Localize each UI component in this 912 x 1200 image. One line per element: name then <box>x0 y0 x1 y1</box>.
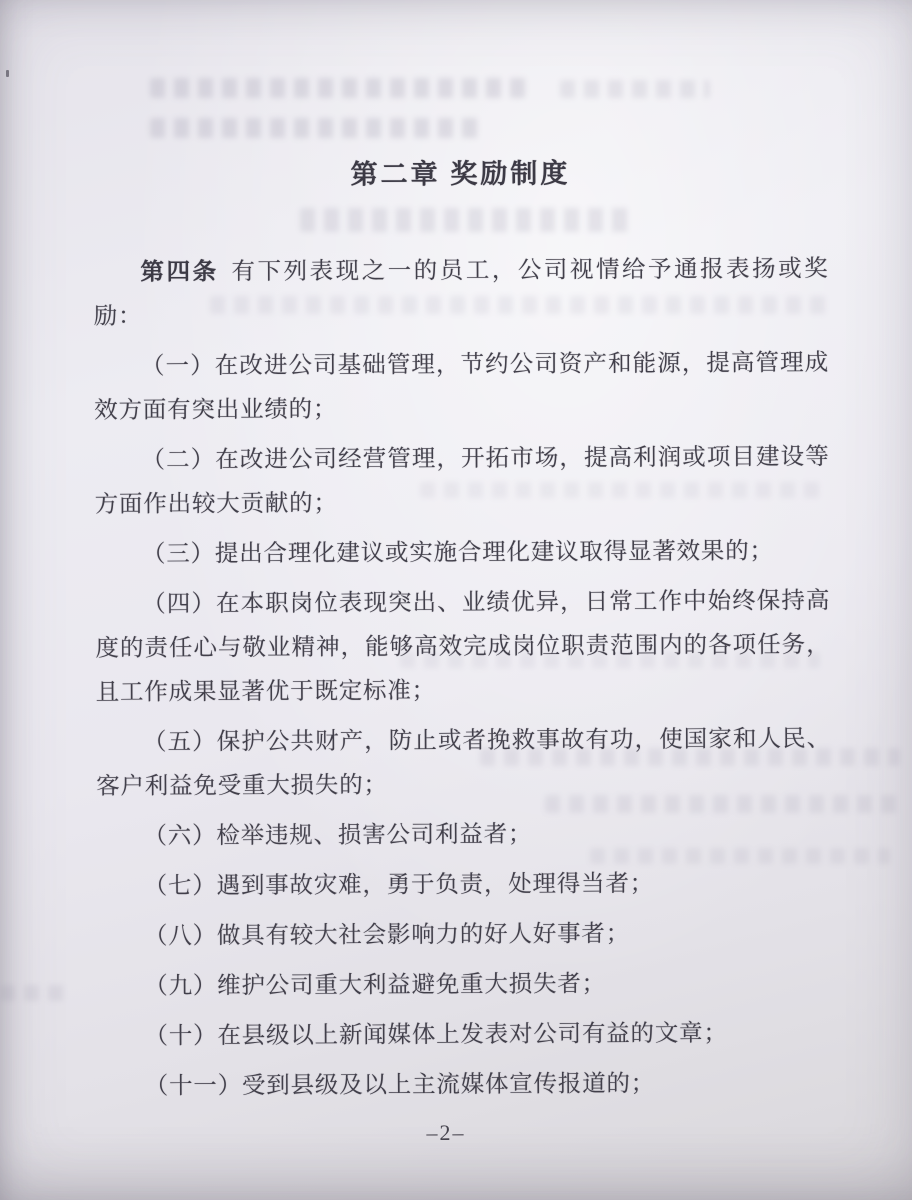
clause-item: （七）遇到事故灾难，勇于负责，处理得当者； <box>97 861 832 909</box>
document-body: 第二章 奖励制度 第四条有下列表现之一的员工，公司视情给予通报表扬或奖励： （一… <box>0 0 912 1115</box>
article-intro: 第四条有下列表现之一的员工，公司视情给予通报表扬或奖励： <box>93 247 828 339</box>
clause-item: （十一）受到县级及以上主流媒体宣传报道的； <box>98 1061 833 1109</box>
clause-item: （二）在改进公司经营管理，开拓市场，提高利润或项目建设等方面作出较大贡献的； <box>94 435 829 527</box>
clause-item: （八）做具有较大社会影响力的好人好事者； <box>97 911 832 959</box>
scanned-document-page: 第二章 奖励制度 第四条有下列表现之一的员工，公司视情给予通报表扬或奖励： （一… <box>0 0 912 1200</box>
clause-item: （五）保护公共财产，防止或者挽救事故有功，使国家和人民、客户利益免受重大损失的； <box>96 717 831 809</box>
clause-item: （十）在县级以上新闻媒体上发表对公司有益的文章； <box>97 1011 832 1059</box>
clause-item: （一）在改进公司基础管理，节约公司资产和能源，提高管理成效方面有突出业绩的； <box>94 341 829 433</box>
clause-item: （九）维护公司重大利益避免重大损失者； <box>97 961 832 1009</box>
clause-item: （三）提出合理化建议或实施合理化建议取得显著效果的； <box>95 529 830 577</box>
clause-item: （四）在本职岗位表现突出、业绩优异，日常工作中始终保持高度的责任心与敬业精神，能… <box>95 579 831 715</box>
chapter-title: 第二章 奖励制度 <box>93 150 828 193</box>
article-number: 第四条 <box>140 259 218 285</box>
page-number: –2– <box>0 1118 902 1149</box>
clause-item: （六）检举违规、损害公司利益者； <box>96 811 831 859</box>
